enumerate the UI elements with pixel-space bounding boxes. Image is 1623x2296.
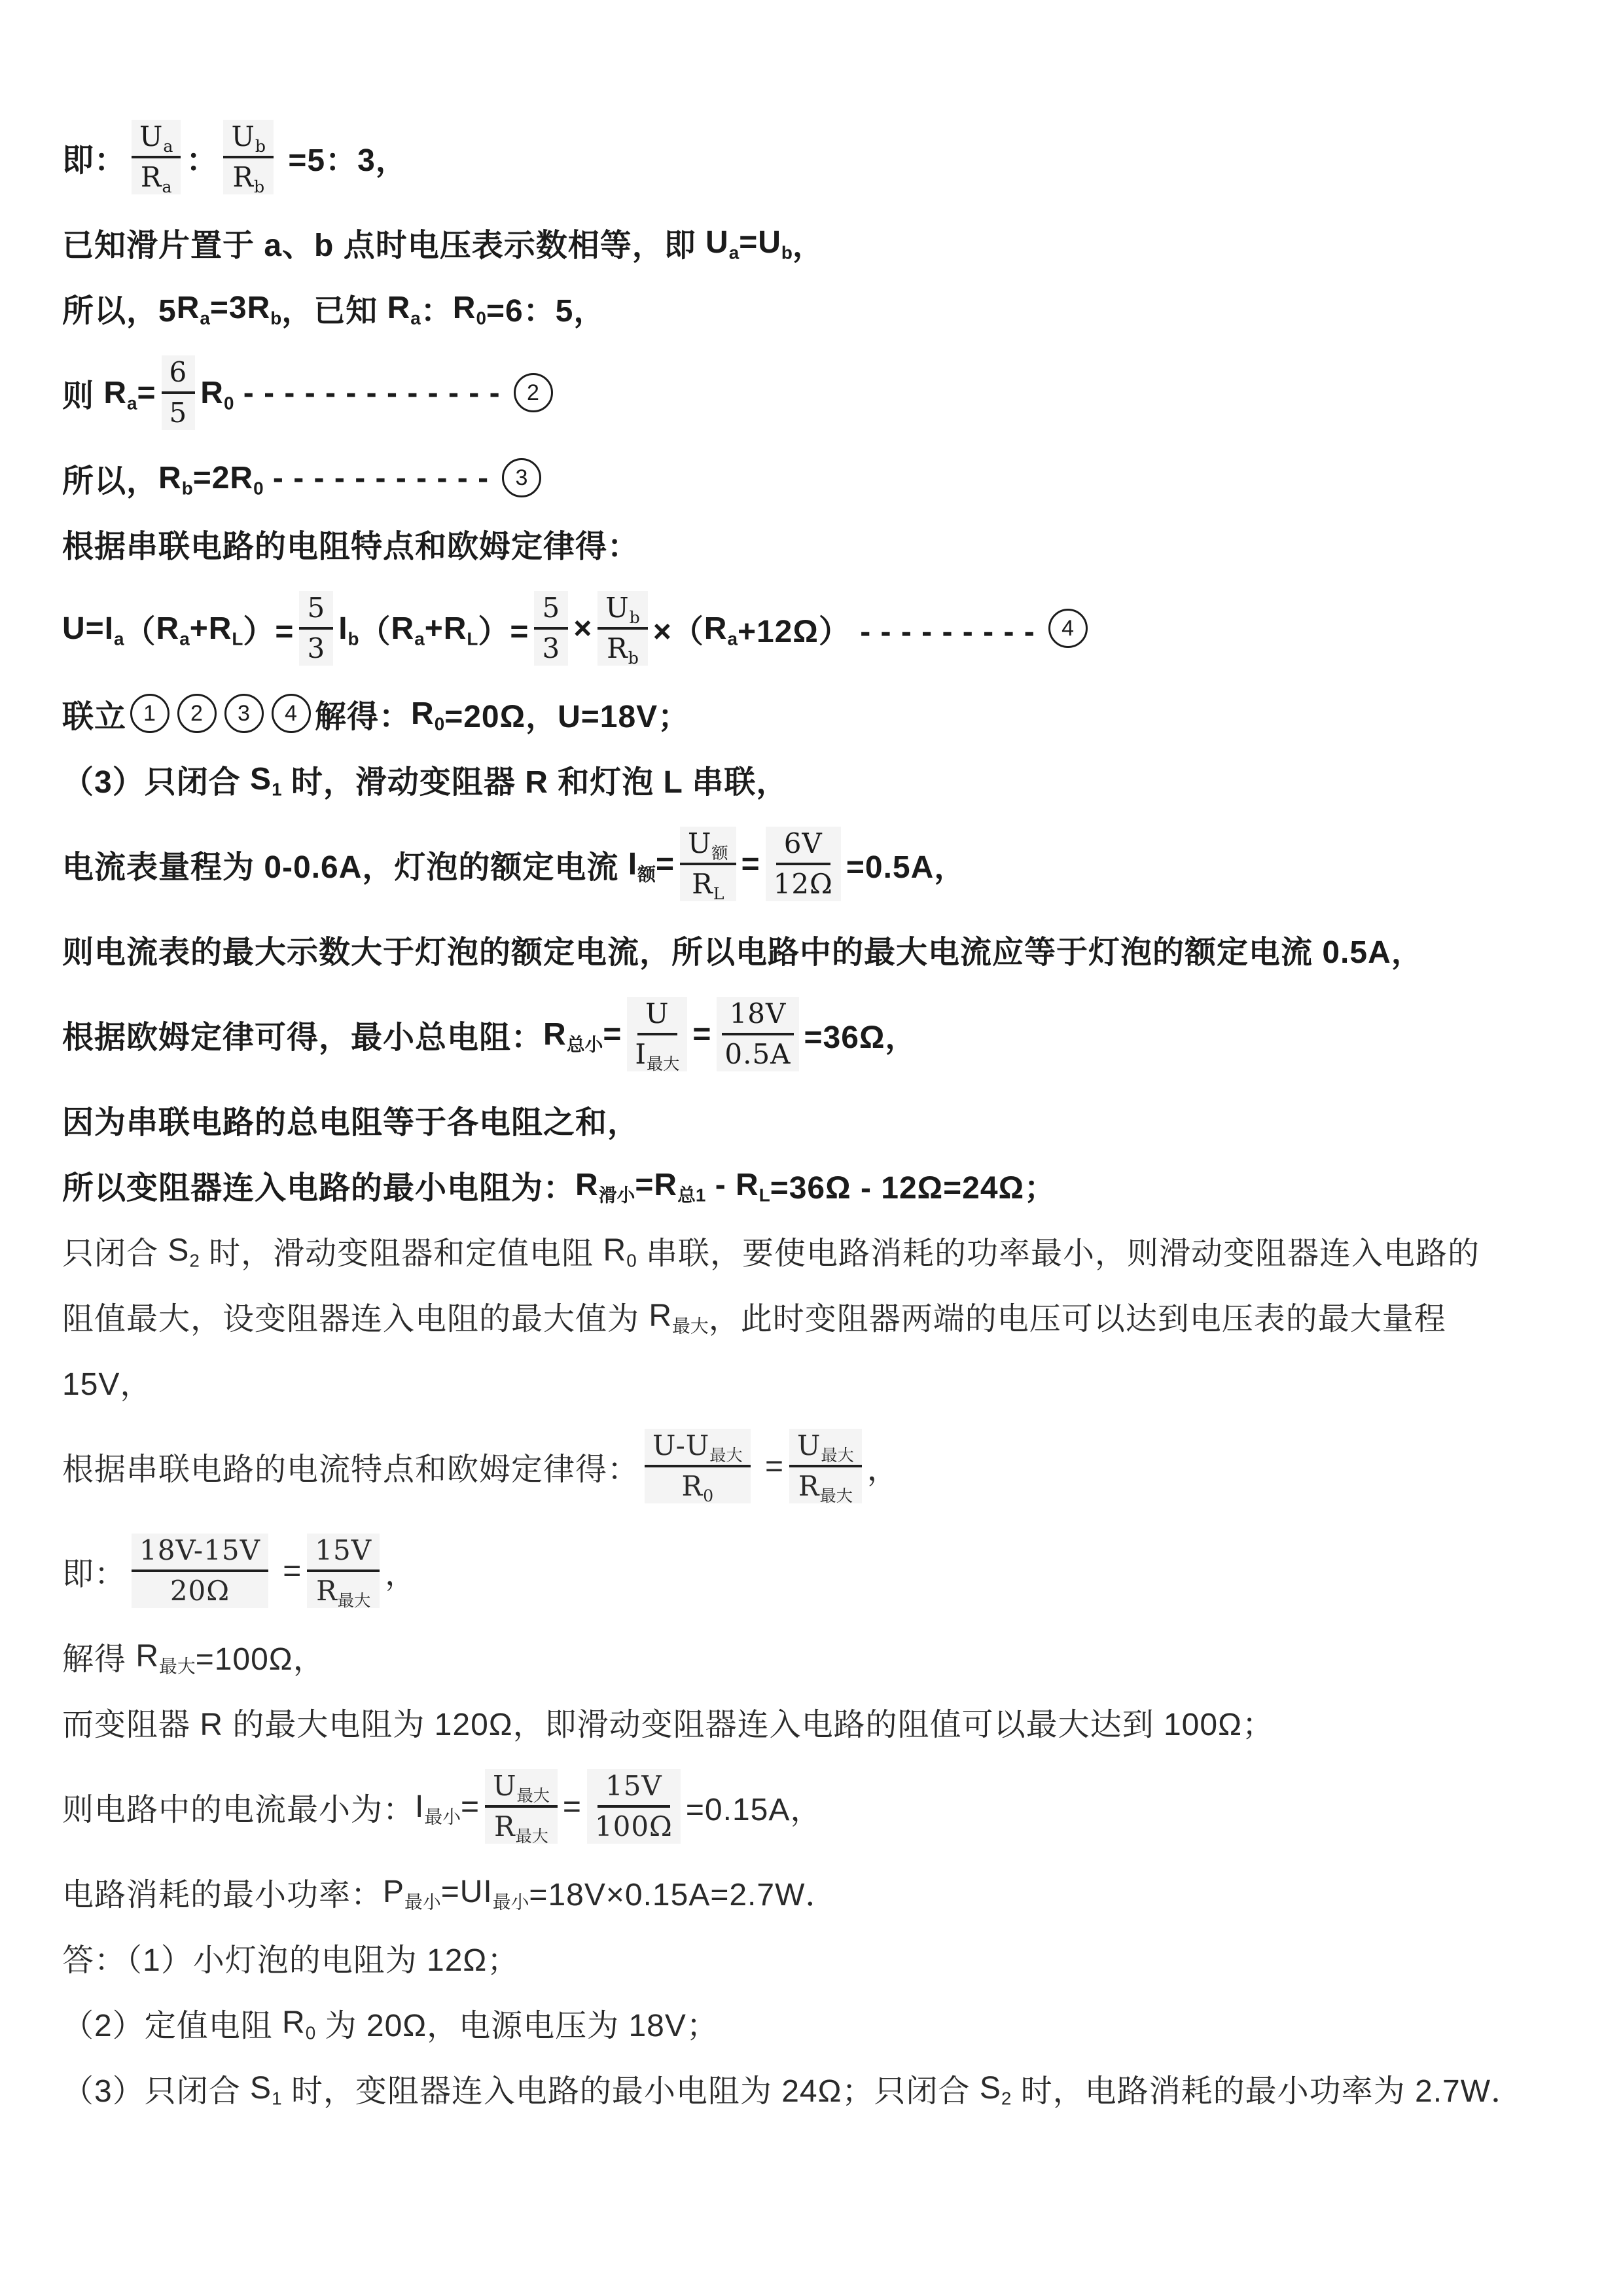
fraction: UI最大 — [627, 997, 687, 1072]
symbol-with-subscript: Ub — [231, 120, 266, 152]
symbol-base: U — [139, 120, 163, 152]
symbol-base: I — [415, 1789, 424, 1824]
fraction-numerator: 15V — [307, 1534, 380, 1572]
document-body: 即：UaRa：UbRb =5：3，已知滑片置于 a、b 点时电压表示数相等，即 … — [62, 105, 1571, 2121]
text-run: = — [656, 846, 675, 882]
text-run: =0.5A， — [846, 842, 966, 887]
symbol-subscript: b — [254, 177, 264, 196]
symbol-subscript: 最大 — [516, 1827, 548, 1846]
circled-number: 1 — [130, 694, 169, 733]
symbol-subscript: 额 — [637, 864, 656, 884]
fraction-numerator: U最大 — [789, 1429, 862, 1467]
text-line: 电路消耗的最小功率：P最小=UI最小=18V×0.15A=2.7W． — [62, 1859, 1571, 1924]
text-run: 时，变阻器连入电路的最小电阻为 24Ω；只闭合 — [282, 2066, 980, 2111]
text-run: （3）只闭合 — [62, 2066, 250, 2111]
text-run: 100Ω — [595, 1810, 673, 1842]
text-run: 已知滑片置于 a、b 点时电压表示数相等，即 — [62, 220, 705, 265]
fraction: 53 — [534, 591, 568, 666]
text-run: =36Ω， — [804, 1012, 918, 1057]
text-line: 则 Ra=65R0 - - - - - - - - - - - - - 2 — [62, 340, 1571, 445]
symbol-with-subscript: R0 — [453, 290, 486, 326]
symbol-subscript: L — [713, 884, 724, 903]
symbol-base: R — [209, 611, 232, 646]
symbol-base: U-U — [652, 1429, 709, 1462]
text-run: 15V， — [62, 1359, 152, 1404]
symbol-base: R — [141, 161, 162, 193]
symbol-base: R — [682, 1470, 704, 1502]
text-run: ， — [385, 1549, 417, 1594]
symbol-base: R — [704, 611, 728, 646]
symbol-with-subscript: Ub — [758, 224, 793, 260]
symbol-subscript: 最大 — [672, 1316, 709, 1336]
fraction-numerator: 5 — [299, 591, 333, 630]
text-run: 5 — [307, 592, 325, 624]
symbol-subscript: 最小 — [404, 1892, 441, 1912]
symbol-subscript: 0 — [435, 713, 444, 734]
fraction-denominator: R最大 — [486, 1808, 556, 1844]
symbol-base: I — [635, 1038, 647, 1070]
text-line: 即：UaRa：UbRb =5：3， — [62, 105, 1571, 209]
symbol-base: R — [232, 161, 254, 193]
symbol-base: R — [316, 1575, 338, 1607]
symbol-base: R — [543, 1017, 567, 1052]
symbol-with-subscript: RL — [444, 611, 478, 647]
text-run: = — [635, 1167, 654, 1203]
text-run: = — [741, 846, 760, 882]
circled-number: 2 — [514, 373, 553, 412]
circled-number: 3 — [224, 694, 264, 733]
text-run: + — [425, 611, 444, 647]
text-run: ， — [867, 1444, 899, 1489]
fraction: 53 — [299, 591, 333, 666]
text-run: =2 — [193, 460, 230, 496]
symbol-with-subscript: R0 — [682, 1470, 714, 1502]
fraction-numerator: U — [637, 997, 677, 1035]
symbol-subscript: 最大 — [821, 1446, 853, 1465]
fraction-numerator: U最大 — [485, 1769, 558, 1808]
symbol-base: R — [177, 291, 200, 325]
symbol-base: R — [654, 1168, 677, 1202]
symbol-subscript: 最小 — [493, 1892, 529, 1912]
symbol-with-subscript: R0 — [230, 460, 263, 496]
fraction: UaRa — [132, 120, 181, 195]
fraction-numerator: Ub — [223, 120, 274, 158]
text-run: =100Ω， — [196, 1634, 325, 1679]
symbol-subscript: L — [232, 628, 243, 649]
symbol-subscript: 1 — [272, 779, 281, 799]
text-run: 则电流表的最大示数大于灯泡的额定电流，所以电路中的最大电流应等于灯泡的额定电流 … — [62, 927, 1423, 972]
symbol-with-subscript: S2 — [168, 1232, 200, 1268]
fraction-numerator: 5 — [534, 591, 568, 630]
symbol-subscript: 0 — [476, 308, 486, 328]
symbol-base: R — [103, 376, 127, 410]
text-line: 电流表量程为 0‐0.6A，灯泡的额定电流 I额=U额RL=6V12Ω=0.5A… — [62, 812, 1571, 916]
text-run: 0.5A — [724, 1038, 791, 1070]
symbol-with-subscript: I额 — [628, 846, 656, 882]
symbol-subscript: 最大 — [647, 1054, 679, 1073]
symbol-subscript: 最小 — [424, 1806, 461, 1827]
symbol-with-subscript: Ra — [177, 290, 210, 326]
text-line: 只闭合 S2 时，滑动变阻器和定值电阻 R0 串联，要使电路消耗的功率最小，则滑… — [62, 1217, 1571, 1283]
text-run: - — [705, 1167, 736, 1203]
fraction: 18V-15V20Ω — [132, 1534, 268, 1609]
fraction: 65 — [162, 355, 196, 431]
fraction: 15VR最大 — [307, 1534, 380, 1609]
symbol-with-subscript: Ub — [605, 592, 640, 624]
fraction-denominator: RL — [684, 865, 732, 901]
symbol-subscript: b — [348, 628, 359, 649]
text-line: 联立1234解得：R0=20Ω，U=18V； — [62, 681, 1571, 746]
text-run: - - - - - - - - - - - — [264, 460, 499, 496]
fraction-numerator: U-U最大 — [645, 1429, 751, 1467]
symbol-with-subscript: S2 — [980, 2070, 1012, 2106]
symbol-subscript: a — [200, 308, 209, 328]
symbol-subscript: b — [255, 137, 266, 156]
text-run: = — [274, 1553, 302, 1589]
symbol-subscript: a — [179, 628, 189, 649]
text-run: （3）只闭合 — [62, 757, 250, 802]
text-run: 解得： — [315, 691, 411, 736]
symbol-base: R — [692, 868, 713, 900]
text-line: 根据欧姆定律可得，最小总电阻：R总小=UI最大=18V0.5A=36Ω， — [62, 982, 1571, 1086]
text-run: 联立 — [62, 691, 126, 736]
text-line: 因为串联电路的总电阻等于各电阻之和， — [62, 1086, 1571, 1152]
symbol-base: R — [453, 291, 476, 325]
text-line: 根据串联电路的电阻特点和欧姆定律得： — [62, 511, 1571, 576]
symbol-base: R — [649, 1299, 672, 1333]
symbol-subscript: b — [628, 649, 639, 668]
text-run: 阻值最大，设变阻器连入电阻的最大值为 — [62, 1293, 649, 1338]
symbol-subscript: L — [467, 628, 478, 649]
text-run: 电流表量程为 0‐0.6A，灯泡的额定电流 — [62, 842, 628, 887]
text-run: 答：（1）小灯泡的电阻为 12Ω； — [62, 1935, 519, 1980]
symbol-with-subscript: R滑小 — [575, 1167, 635, 1203]
text-run: 15V — [605, 1770, 662, 1802]
symbol-with-subscript: U最大 — [797, 1429, 854, 1462]
symbol-base: U — [705, 225, 729, 260]
symbol-with-subscript: RL — [736, 1167, 770, 1203]
text-run: = — [692, 1016, 711, 1052]
text-run: = — [461, 1789, 480, 1825]
text-run: = — [739, 224, 758, 260]
symbol-with-subscript: Ra — [387, 290, 421, 326]
solution-document: 即：UaRa：UbRb =5：3，已知滑片置于 a、b 点时电压表示数相等，即 … — [0, 0, 1623, 2296]
symbol-subscript: 0 — [224, 393, 234, 413]
fraction-denominator: 20Ω — [162, 1572, 238, 1608]
text-run: 12Ω — [774, 868, 833, 900]
symbol-base: R — [230, 461, 253, 495]
text-run: 根据串联电路的电阻特点和欧姆定律得： — [62, 521, 639, 566]
fraction-numerator: 18V — [722, 997, 794, 1035]
symbol-subscript: 最大 — [820, 1486, 853, 1505]
text-run: 根据串联电路的电流特点和欧姆定律得： — [62, 1444, 639, 1489]
text-run: ，已知 — [281, 285, 387, 331]
symbol-with-subscript: R最大 — [649, 1298, 708, 1334]
symbol-with-subscript: R0 — [603, 1232, 637, 1268]
text-line: （2）定值电阻 R0 为 20Ω，电源电压为 18V； — [62, 1990, 1571, 2055]
text-run: ， — [793, 220, 825, 265]
text-run: ： — [186, 135, 218, 180]
text-run: ×（ — [653, 606, 704, 651]
symbol-base: R — [736, 1168, 759, 1202]
symbol-subscript: 最大 — [709, 1446, 742, 1465]
text-run: 15V — [315, 1534, 372, 1566]
symbol-with-subscript: R总小 — [543, 1016, 603, 1052]
text-line: 所以，Rb=2R0 - - - - - - - - - - - 3 — [62, 445, 1571, 511]
fraction-denominator: Ra — [133, 158, 180, 194]
circled-number: 3 — [502, 458, 541, 497]
symbol-base: I — [105, 611, 114, 646]
symbol-subscript: a — [414, 628, 424, 649]
symbol-with-subscript: U额 — [688, 827, 728, 859]
symbol-subscript: 滑小 — [599, 1185, 635, 1205]
symbol-subscript: a — [162, 177, 172, 196]
symbol-base: R — [247, 291, 271, 325]
symbol-with-subscript: I最大 — [635, 1038, 679, 1070]
text-run: 20Ω — [170, 1575, 230, 1607]
symbol-with-subscript: Ib — [338, 611, 359, 647]
fraction-numerator: Ua — [132, 120, 181, 158]
symbol-with-subscript: U最大 — [493, 1770, 550, 1802]
symbol-subscript: b — [270, 308, 281, 328]
symbol-subscript: 最大 — [516, 1786, 549, 1805]
text-run: =5：3， — [279, 135, 408, 180]
symbol-subscript: a — [163, 137, 173, 156]
text-run: 时，滑动变阻器 R 和灯泡 L 串联， — [282, 757, 789, 802]
text-run: U — [645, 997, 669, 1030]
circled-number: 4 — [272, 694, 311, 733]
text-run: 5 — [169, 397, 188, 429]
symbol-with-subscript: I最小 — [415, 1789, 461, 1825]
text-run: - - - - - - - - - - - - - — [234, 375, 510, 411]
fraction-denominator: I最大 — [627, 1035, 687, 1071]
symbol-subscript: 总1 — [677, 1185, 705, 1205]
fraction-denominator: Rb — [599, 630, 647, 666]
symbol-with-subscript: Ra — [156, 611, 190, 647]
text-run: = — [603, 1016, 622, 1052]
text-run: 18V — [730, 997, 787, 1030]
text-run: =6：5， — [486, 285, 605, 331]
fraction: 18V0.5A — [717, 997, 798, 1072]
symbol-with-subscript: Ua — [139, 120, 173, 152]
symbol-with-subscript: Rb — [607, 632, 639, 664]
text-run: （2）定值电阻 — [62, 2000, 282, 2045]
text-run: 而变阻器 R 的最大电阻为 120Ω，即滑动变阻器连入电路的阻值可以最大达到 1… — [62, 1699, 1274, 1744]
symbol-with-subscript: Rb — [232, 161, 264, 193]
text-line: 所以变阻器连入电路的最小电阻为：R滑小=R总1 - RL=36Ω - 12Ω=2… — [62, 1152, 1571, 1217]
fraction-denominator: R最大 — [308, 1572, 378, 1608]
text-run: 3 — [542, 632, 560, 664]
symbol-subscript: 最大 — [338, 1591, 370, 1610]
circled-number: 2 — [177, 694, 217, 733]
text-run: =U — [441, 1874, 484, 1910]
symbol-with-subscript: R最大 — [798, 1470, 853, 1502]
symbol-with-subscript: Ra — [103, 375, 137, 411]
symbol-base: R — [603, 1233, 627, 1268]
text-run: ）= — [243, 606, 294, 651]
text-run: × — [573, 611, 592, 647]
symbol-with-subscript: R最大 — [316, 1575, 370, 1607]
symbol-subscript: 0 — [306, 2022, 315, 2043]
text-run: = — [137, 375, 156, 411]
text-run: 所以变阻器连入电路的最小电阻为： — [62, 1162, 575, 1208]
symbol-with-subscript: Ua — [705, 224, 739, 260]
text-run: 时，滑动变阻器和定值电阻 — [200, 1228, 603, 1273]
symbol-base: S — [168, 1233, 189, 1268]
symbol-with-subscript: Ra — [141, 161, 172, 193]
symbol-base: R — [607, 632, 628, 664]
symbol-base: R — [158, 461, 182, 495]
symbol-with-subscript: Ra — [391, 611, 425, 647]
text-run: U= — [62, 611, 105, 647]
text-run: =18V×0.15A=2.7W． — [529, 1869, 837, 1914]
fraction-denominator: 5 — [162, 394, 196, 430]
symbol-base: R — [798, 1470, 820, 1502]
text-run: =0.15A， — [686, 1784, 822, 1829]
symbol-subscript: 1 — [272, 2088, 281, 2108]
symbol-with-subscript: RL — [209, 611, 243, 647]
fraction-numerator: Ub — [597, 591, 648, 630]
fraction-denominator: 3 — [534, 630, 568, 666]
symbol-subscript: 0 — [253, 478, 263, 498]
fraction-denominator: R0 — [674, 1467, 722, 1503]
text-run: = — [756, 1448, 784, 1484]
text-line: （3）只闭合 S1 时，滑动变阻器 R 和灯泡 L 串联， — [62, 746, 1571, 812]
fraction-denominator: 12Ω — [766, 865, 841, 901]
fraction: U-U最大R0 — [645, 1429, 751, 1504]
symbol-subscript: a — [410, 308, 420, 328]
symbol-base: R — [444, 611, 467, 646]
symbol-base: I — [628, 847, 637, 882]
symbol-subscript: a — [727, 628, 737, 649]
symbol-with-subscript: S1 — [250, 761, 282, 797]
symbol-subscript: b — [630, 608, 640, 627]
text-run: ，此时变阻器两端的电压可以达到电压表的最大量程 — [709, 1293, 1446, 1338]
symbol-base: U — [688, 827, 711, 859]
symbol-with-subscript: R总1 — [654, 1167, 705, 1203]
text-run: （ — [124, 606, 156, 651]
fraction-numerator: 15V — [597, 1769, 670, 1808]
symbol-base: U — [493, 1770, 516, 1802]
text-run: 即： — [62, 135, 126, 180]
text-run: 时，电路消耗的最小功率为 2.7W． — [1011, 2066, 1523, 2111]
fraction-numerator: 18V-15V — [132, 1534, 268, 1572]
symbol-subscript: b — [781, 242, 793, 262]
text-run: =20Ω，U=18V； — [444, 691, 690, 736]
symbol-with-subscript: Rb — [247, 290, 282, 326]
text-line: 则电路中的电流最小为：I最小=U最大R最大=15V100Ω=0.15A， — [62, 1754, 1571, 1859]
text-line: （3）只闭合 S1 时，变阻器连入电路的最小电阻为 24Ω；只闭合 S2 时，电… — [62, 2055, 1571, 2121]
symbol-with-subscript: R0 — [282, 2005, 315, 2041]
symbol-subscript: 最大 — [159, 1656, 196, 1676]
text-line: 15V， — [62, 1348, 1571, 1414]
text-run: 则 — [62, 370, 103, 416]
symbol-base: R — [135, 1639, 159, 1674]
text-line: 阻值最大，设变阻器连入电阻的最大值为 R最大，此时变阻器两端的电压可以达到电压表… — [62, 1283, 1571, 1348]
fraction-numerator: 6V — [776, 827, 830, 865]
symbol-subscript: L — [759, 1185, 770, 1205]
text-line: 已知滑片置于 a、b 点时电压表示数相等，即 Ua=Ub， — [62, 209, 1571, 275]
fraction: U最大R最大 — [789, 1429, 862, 1504]
text-run: 所以，5 — [62, 285, 177, 331]
symbol-base: S — [980, 2071, 1001, 2106]
symbol-base: U — [605, 592, 629, 624]
symbol-subscript: 额 — [711, 844, 728, 863]
fraction-denominator: 100Ω — [587, 1808, 681, 1844]
symbol-subscript: a — [729, 242, 739, 262]
symbol-base: S — [250, 2071, 272, 2106]
symbol-base: I — [338, 611, 348, 646]
text-run: 因为串联电路的总电阻等于各电阻之和， — [62, 1097, 639, 1142]
symbol-base: P — [383, 1874, 404, 1909]
symbol-base: U — [758, 225, 781, 260]
fraction-denominator: R最大 — [791, 1467, 861, 1503]
symbol-with-subscript: R0 — [411, 696, 444, 732]
text-line: U=Ia（Ra+RL）=53Ib（Ra+RL）=53×UbRb×（Ra+12Ω）… — [62, 576, 1571, 681]
symbol-base: R — [411, 696, 435, 731]
text-run: 18V-15V — [139, 1534, 260, 1566]
fraction: U最大R最大 — [485, 1769, 558, 1844]
text-run: 5 — [542, 592, 560, 624]
symbol-base: R — [575, 1168, 599, 1202]
symbol-subscript: 0 — [626, 1250, 636, 1270]
symbol-subscript: 0 — [703, 1486, 713, 1505]
text-run: ）= — [478, 606, 529, 651]
symbol-subscript: 2 — [1001, 2088, 1011, 2108]
symbol-subscript: b — [182, 478, 193, 498]
symbol-with-subscript: R最大 — [494, 1810, 548, 1842]
text-line: 即：18V-15V20Ω =15VR最大， — [62, 1518, 1571, 1623]
text-run: =3 — [210, 290, 247, 326]
symbol-subscript: 总小 — [567, 1034, 603, 1054]
fraction-denominator: 0.5A — [717, 1035, 798, 1071]
text-run: 则电路中的电流最小为： — [62, 1784, 415, 1829]
text-line: 则电流表的最大示数大于灯泡的额定电流，所以电路中的最大电流应等于灯泡的额定电流 … — [62, 916, 1571, 982]
text-run: 为 20Ω，电源电压为 18V； — [315, 2000, 719, 2045]
symbol-with-subscript: RL — [692, 868, 724, 900]
text-run: 只闭合 — [62, 1228, 168, 1273]
symbol-subscript: 2 — [189, 1250, 199, 1270]
symbol-with-subscript: I最小 — [483, 1874, 529, 1910]
text-run: + — [190, 611, 209, 647]
fraction: 6V12Ω — [766, 827, 841, 902]
fraction: U额RL — [680, 827, 736, 902]
text-run: 解得 — [62, 1634, 135, 1679]
fraction: 15V100Ω — [587, 1769, 681, 1844]
text-line: 解得 R最大=100Ω， — [62, 1623, 1571, 1689]
symbol-base: R — [391, 611, 415, 646]
text-run: 所以， — [62, 456, 158, 501]
text-line: 答：（1）小灯泡的电阻为 12Ω； — [62, 1924, 1571, 1990]
text-run: 即： — [62, 1549, 126, 1594]
symbol-base: R — [387, 291, 411, 325]
symbol-with-subscript: Rb — [158, 460, 193, 496]
symbol-subscript: a — [127, 393, 137, 413]
fraction-denominator: 3 — [299, 630, 333, 666]
symbol-base: U — [797, 1429, 821, 1462]
text-run: 3 — [307, 632, 325, 664]
symbol-base: U — [231, 120, 255, 152]
symbol-base: R — [200, 376, 224, 410]
symbol-with-subscript: Ia — [105, 611, 124, 647]
text-run: = — [563, 1789, 582, 1825]
text-run: +12Ω） - - - - - - - - - — [738, 606, 1044, 651]
symbol-with-subscript: S1 — [250, 2070, 282, 2106]
symbol-with-subscript: R最大 — [135, 1638, 195, 1674]
text-run: 电路消耗的最小功率： — [62, 1869, 383, 1914]
symbol-with-subscript: P最小 — [383, 1874, 441, 1910]
symbol-base: R — [282, 2005, 306, 2040]
